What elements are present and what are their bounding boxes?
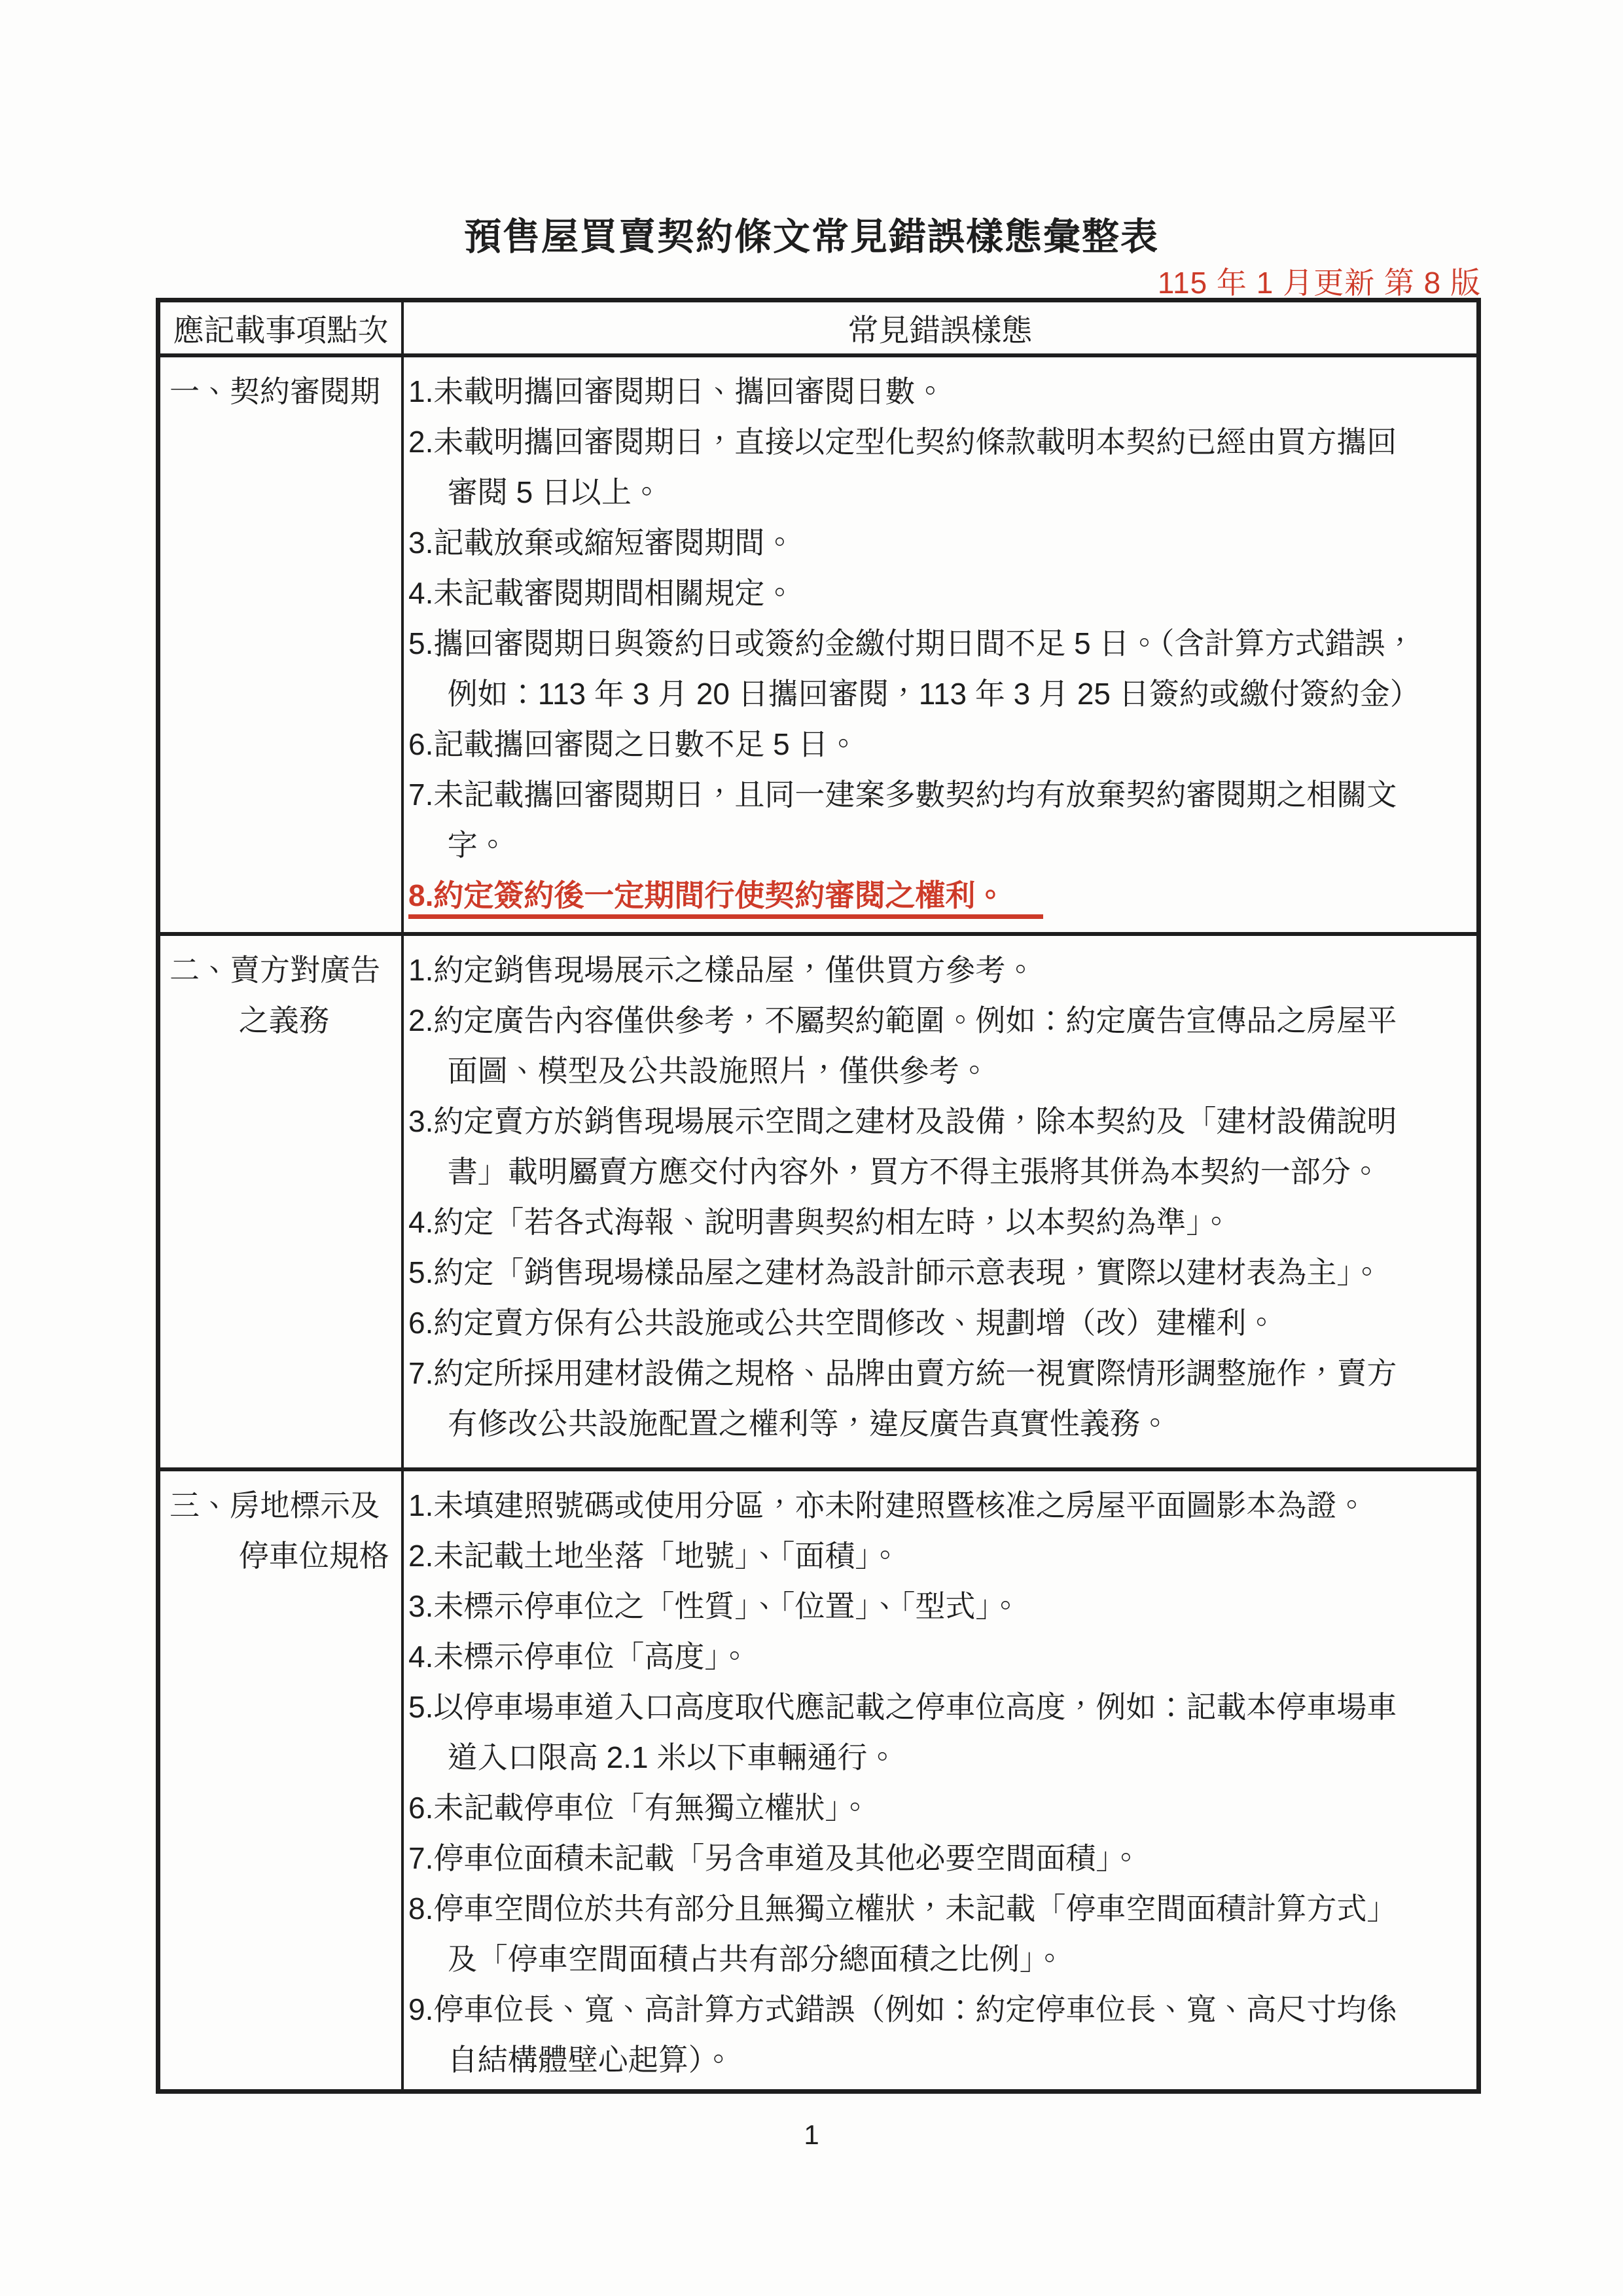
- error-item: 5.約定「銷售現場樣品屋之建材為設計師示意表現，實際以建材表為主」。: [408, 1247, 1467, 1298]
- error-text: 7.約定所採用建材設備之規格、品牌由賣方統一視實際情形調整施作，賣方: [408, 1356, 1397, 1390]
- error-text: 4.未記載審閱期間相關規定。: [408, 576, 794, 610]
- error-item: 5.攜回審閱期日與簽約日或簽約金繳付期日間不足 5 日。（含計算方式錯誤，例如：…: [408, 619, 1467, 719]
- error-text: 自結構體壁心起算）。: [448, 2043, 734, 2077]
- error-text: 5.約定「銷售現場樣品屋之建材為設計師示意表現，實際以建材表為主」。: [408, 1255, 1382, 1289]
- table-row: 二、賣方對廣告之義務1.約定銷售現場展示之樣品屋，僅供買方參考。2.約定廣告內容…: [160, 932, 1476, 1467]
- error-text: 6.約定賣方保有公共設施或公共空間修改、規劃增（改）建權利。: [408, 1306, 1276, 1340]
- section-label-cell: 二、賣方對廣告之義務: [160, 936, 404, 1467]
- section-label-line: 之義務: [169, 996, 397, 1046]
- error-line: 6.記載攜回審閱之日數不足 5 日。: [408, 719, 1467, 770]
- error-list-cell: 1.未填建照號碼或使用分區，亦未附建照暨核准之房屋平面圖影本為證。2.未記載土地…: [404, 1471, 1476, 2089]
- error-line: 6.約定賣方保有公共設施或公共空間修改、規劃增（改）建權利。: [408, 1298, 1467, 1348]
- error-text: 2.未載明攜回審閱期日，直接以定型化契約條款載明本契約已經由買方攜回: [408, 425, 1397, 459]
- error-line: 5.攜回審閱期日與簽約日或簽約金繳付期日間不足 5 日。（含計算方式錯誤，: [408, 619, 1467, 669]
- page-title: 預售屋買賣契約條文常見錯誤樣態彙整表: [0, 207, 1623, 260]
- section-label-line: 停車位規格: [169, 1531, 397, 1581]
- error-item: 7.約定所採用建材設備之規格、品牌由賣方統一視實際情形調整施作，賣方有修改公共設…: [408, 1348, 1467, 1449]
- error-text: 字。: [448, 828, 508, 862]
- error-item: 4.未記載審閱期間相關規定。: [408, 568, 1467, 619]
- error-line: 3.記載放棄或縮短審閱期間。: [408, 518, 1467, 568]
- error-line: 7.停車位面積未記載「另含車道及其他必要空間面積」。: [408, 1833, 1467, 1884]
- error-line: 道入口限高 2.1 米以下車輛通行。: [408, 1732, 1467, 1783]
- error-item: 1.未填建照號碼或使用分區，亦未附建照暨核准之房屋平面圖影本為證。: [408, 1480, 1467, 1531]
- error-item: 1.約定銷售現場展示之樣品屋，僅供買方參考。: [408, 945, 1467, 996]
- error-line: 1.未填建照號碼或使用分區，亦未附建照暨核准之房屋平面圖影本為證。: [408, 1480, 1467, 1531]
- error-item: 6.約定賣方保有公共設施或公共空間修改、規劃增（改）建權利。: [408, 1298, 1467, 1348]
- error-text: 4.未標示停車位「高度」。: [408, 1640, 749, 1674]
- column-header-common-errors: 常見錯誤樣態: [404, 302, 1476, 353]
- error-item: 8.約定簽約後一定期間行使契約審閱之權利。: [408, 870, 1467, 921]
- error-line: 8.停車空間位於共有部分且無獨立權狀，未記載「停車空間面積計算方式」: [408, 1884, 1467, 1934]
- error-line: 審閱 5 日以上。: [408, 467, 1467, 518]
- error-line: 6.未記載停車位「有無獨立權狀」。: [408, 1783, 1467, 1833]
- error-text: 8.約定簽約後一定期間行使契約審閱之權利。: [408, 878, 1043, 919]
- error-text: 道入口限高 2.1 米以下車輛通行。: [448, 1740, 898, 1774]
- error-line: 5.約定「銷售現場樣品屋之建材為設計師示意表現，實際以建材表為主」。: [408, 1247, 1467, 1298]
- error-text: 1.未載明攜回審閱期日、攜回審閱日數。: [408, 374, 945, 408]
- page-number: 1: [0, 2119, 1623, 2151]
- error-list-cell: 1.未載明攜回審閱期日、攜回審閱日數。2.未載明攜回審閱期日，直接以定型化契約條…: [404, 357, 1476, 932]
- error-text: 1.未填建照號碼或使用分區，亦未附建照暨核准之房屋平面圖影本為證。: [408, 1488, 1366, 1522]
- section-label-line: 二、賣方對廣告: [169, 945, 397, 996]
- column-header-required-items: 應記載事項點次: [160, 302, 404, 353]
- error-item: 6.記載攜回審閱之日數不足 5 日。: [408, 719, 1467, 770]
- error-line: 例如：113 年 3 月 20 日攜回審閱，113 年 3 月 25 日簽約或繳…: [408, 669, 1467, 719]
- error-line: 9.停車位長、寬、高計算方式錯誤（例如：約定停車位長、寬、高尺寸均係: [408, 1984, 1467, 2035]
- error-line: 字。: [408, 820, 1467, 870]
- section-label-line: 三、房地標示及: [169, 1480, 397, 1531]
- error-line: 2.未載明攜回審閱期日，直接以定型化契約條款載明本契約已經由買方攜回: [408, 417, 1467, 467]
- error-text: 5.攜回審閱期日與簽約日或簽約金繳付期日間不足 5 日。（含計算方式錯誤，: [408, 626, 1416, 660]
- error-line: 3.未標示停車位之「性質」、「位置」、「型式」。: [408, 1581, 1467, 1632]
- error-text: 及「停車空間面積占共有部分總面積之比例」。: [448, 1942, 1065, 1976]
- error-item: 2.未記載土地坐落「地號」、「面積」。: [408, 1531, 1467, 1581]
- error-text: 9.停車位長、寬、高計算方式錯誤（例如：約定停車位長、寬、高尺寸均係: [408, 1992, 1397, 2026]
- error-text: 6.未記載停車位「有無獨立權狀」。: [408, 1791, 870, 1825]
- error-item: 2.約定廣告內容僅供參考，不屬契約範圍。例如：約定廣告宣傳品之房屋平面圖、模型及…: [408, 996, 1467, 1096]
- error-text: 2.約定廣告內容僅供參考，不屬契約範圍。例如：約定廣告宣傳品之房屋平: [408, 1003, 1397, 1037]
- error-item: 5.以停車場車道入口高度取代應記載之停車位高度，例如：記載本停車場車道入口限高 …: [408, 1682, 1467, 1783]
- error-item: 2.未載明攜回審閱期日，直接以定型化契約條款載明本契約已經由買方攜回審閱 5 日…: [408, 417, 1467, 518]
- error-item: 7.未記載攜回審閱期日，且同一建案多數契約均有放棄契約審閱期之相關文字。: [408, 770, 1467, 870]
- error-line: 4.未記載審閱期間相關規定。: [408, 568, 1467, 619]
- error-text: 5.以停車場車道入口高度取代應記載之停車位高度，例如：記載本停車場車: [408, 1690, 1397, 1724]
- error-text: 例如：113 年 3 月 20 日攜回審閱，113 年 3 月 25 日簽約或繳…: [448, 677, 1420, 711]
- error-text: 7.未記載攜回審閱期日，且同一建案多數契約均有放棄契約審閱期之相關文: [408, 778, 1397, 812]
- error-text: 2.未記載土地坐落「地號」、「面積」。: [408, 1539, 900, 1573]
- error-line: 書」載明屬賣方應交付內容外，買方不得主張將其併為本契約一部分。: [408, 1147, 1467, 1197]
- section-label-line: 一、契約審閱期: [169, 367, 397, 417]
- table-header-row: 應記載事項點次 常見錯誤樣態: [160, 302, 1476, 353]
- error-line: 2.約定廣告內容僅供參考，不屬契約範圍。例如：約定廣告宣傳品之房屋平: [408, 996, 1467, 1046]
- error-text: 3.約定賣方於銷售現場展示空間之建材及設備，除本契約及「建材設備說明: [408, 1104, 1397, 1138]
- error-text: 4.約定「若各式海報、說明書與契約相左時，以本契約為準」。: [408, 1205, 1231, 1239]
- error-text: 8.停車空間位於共有部分且無獨立權狀，未記載「停車空間面積計算方式」: [408, 1892, 1397, 1926]
- error-text: 1.約定銷售現場展示之樣品屋，僅供買方參考。: [408, 953, 1035, 987]
- table-row: 三、房地標示及停車位規格1.未填建照號碼或使用分區，亦未附建照暨核准之房屋平面圖…: [160, 1467, 1476, 2089]
- error-item: 6.未記載停車位「有無獨立權狀」。: [408, 1783, 1467, 1833]
- error-item: 9.停車位長、寬、高計算方式錯誤（例如：約定停車位長、寬、高尺寸均係自結構體壁心…: [408, 1984, 1467, 2085]
- error-list-cell: 1.約定銷售現場展示之樣品屋，僅供買方參考。2.約定廣告內容僅供參考，不屬契約範…: [404, 936, 1476, 1467]
- error-line: 4.未標示停車位「高度」。: [408, 1632, 1467, 1682]
- error-line: 面圖、模型及公共設施照片，僅供參考。: [408, 1046, 1467, 1096]
- error-text: 7.停車位面積未記載「另含車道及其他必要空間面積」。: [408, 1841, 1141, 1875]
- error-line: 7.未記載攜回審閱期日，且同一建案多數契約均有放棄契約審閱期之相關文: [408, 770, 1467, 820]
- error-line: 及「停車空間面積占共有部分總面積之比例」。: [408, 1934, 1467, 1984]
- error-item: 4.未標示停車位「高度」。: [408, 1632, 1467, 1682]
- error-item: 3.約定賣方於銷售現場展示空間之建材及設備，除本契約及「建材設備說明書」載明屬賣…: [408, 1096, 1467, 1197]
- error-line: 自結構體壁心起算）。: [408, 2035, 1467, 2085]
- error-item: 8.停車空間位於共有部分且無獨立權狀，未記載「停車空間面積計算方式」及「停車空間…: [408, 1884, 1467, 1984]
- error-item: 7.停車位面積未記載「另含車道及其他必要空間面積」。: [408, 1833, 1467, 1884]
- error-text: 3.記載放棄或縮短審閱期間。: [408, 526, 794, 560]
- section-label-cell: 一、契約審閱期: [160, 357, 404, 932]
- error-text: 書」載明屬賣方應交付內容外，買方不得主張將其併為本契約一部分。: [448, 1155, 1381, 1189]
- error-line: 7.約定所採用建材設備之規格、品牌由賣方統一視實際情形調整施作，賣方: [408, 1348, 1467, 1399]
- error-item: 4.約定「若各式海報、說明書與契約相左時，以本契約為準」。: [408, 1197, 1467, 1247]
- error-line: 4.約定「若各式海報、說明書與契約相左時，以本契約為準」。: [408, 1197, 1467, 1247]
- document-page: 預售屋買賣契約條文常見錯誤樣態彙整表 115 年 1 月更新 第 8 版 應記載…: [0, 0, 1623, 2296]
- error-text: 審閱 5 日以上。: [448, 475, 662, 509]
- error-line: 1.約定銷售現場展示之樣品屋，僅供買方參考。: [408, 945, 1467, 996]
- error-text: 有修改公共設施配置之權利等，違反廣告真實性義務。: [448, 1407, 1170, 1441]
- error-line: 8.約定簽約後一定期間行使契約審閱之權利。: [408, 870, 1467, 921]
- error-line: 5.以停車場車道入口高度取代應記載之停車位高度，例如：記載本停車場車: [408, 1682, 1467, 1732]
- table-body: 一、契約審閱期1.未載明攜回審閱期日、攜回審閱日數。2.未載明攜回審閱期日，直接…: [160, 353, 1476, 2089]
- contract-error-table: 應記載事項點次 常見錯誤樣態 一、契約審閱期1.未載明攜回審閱期日、攜回審閱日數…: [156, 298, 1481, 2094]
- error-item: 3.記載放棄或縮短審閱期間。: [408, 518, 1467, 568]
- error-text: 面圖、模型及公共設施照片，僅供參考。: [448, 1054, 990, 1088]
- error-line: 有修改公共設施配置之權利等，違反廣告真實性義務。: [408, 1399, 1467, 1449]
- error-line: 2.未記載土地坐落「地號」、「面積」。: [408, 1531, 1467, 1581]
- table-row: 一、契約審閱期1.未載明攜回審閱期日、攜回審閱日數。2.未載明攜回審閱期日，直接…: [160, 353, 1476, 932]
- section-label-cell: 三、房地標示及停車位規格: [160, 1471, 404, 2089]
- error-text: 6.記載攜回審閱之日數不足 5 日。: [408, 727, 859, 761]
- error-item: 1.未載明攜回審閱期日、攜回審閱日數。: [408, 367, 1467, 417]
- error-text: 3.未標示停車位之「性質」、「位置」、「型式」。: [408, 1589, 1020, 1623]
- version-note: 115 年 1 月更新 第 8 版: [156, 259, 1481, 302]
- error-item: 3.未標示停車位之「性質」、「位置」、「型式」。: [408, 1581, 1467, 1632]
- error-line: 1.未載明攜回審閱期日、攜回審閱日數。: [408, 367, 1467, 417]
- error-line: 3.約定賣方於銷售現場展示空間之建材及設備，除本契約及「建材設備說明: [408, 1096, 1467, 1147]
